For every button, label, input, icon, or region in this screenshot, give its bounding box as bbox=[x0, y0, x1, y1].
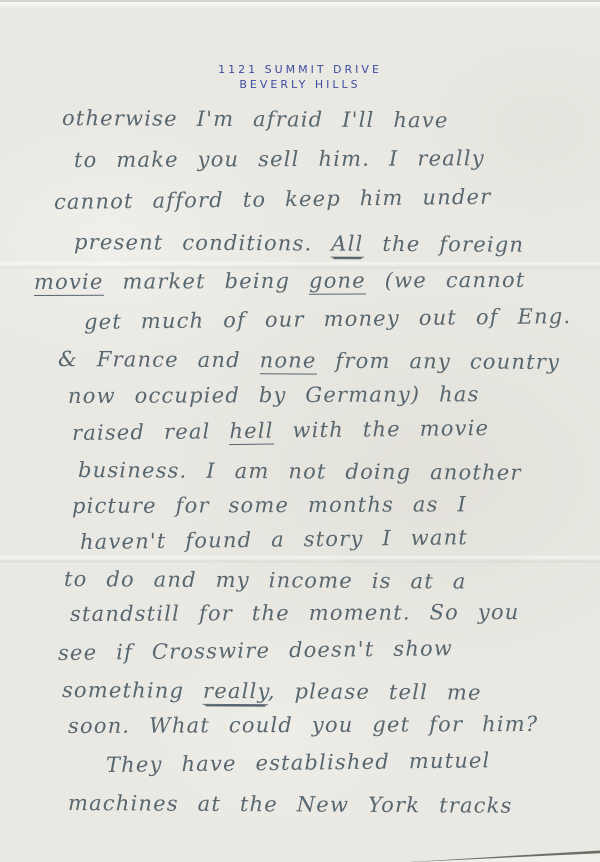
text-segment: raised real bbox=[72, 419, 230, 445]
handwritten-line: cannot afford to keep him under bbox=[54, 185, 492, 214]
text-segment: something bbox=[62, 678, 203, 703]
underlined-word: movie bbox=[34, 270, 104, 296]
text-segment: (we cannot bbox=[366, 268, 526, 293]
handwritten-line: machines at the New York tracks bbox=[68, 791, 513, 818]
text-segment: & France and bbox=[58, 347, 260, 372]
handwritten-line: picture for some months as I bbox=[72, 492, 467, 518]
handwritten-line: otherwise I'm afraid I'll have bbox=[62, 106, 449, 132]
text-segment: to make you sell him. I really bbox=[74, 146, 485, 172]
underlined-word: really bbox=[203, 679, 268, 705]
text-segment: , please tell me bbox=[268, 679, 482, 704]
handwritten-line: haven't found a story I want bbox=[80, 525, 468, 554]
handwritten-line: movie market being gone (we cannot bbox=[34, 268, 526, 294]
text-segment: present conditions. bbox=[74, 230, 331, 256]
handwritten-line: soon. What could you get for him? bbox=[68, 712, 538, 738]
text-segment: standstill for the moment. So you bbox=[70, 600, 520, 626]
handwritten-line: something really, please tell me bbox=[62, 678, 482, 705]
underlined-word: hell bbox=[229, 419, 274, 446]
text-segment: see if Crosswire doesn't show bbox=[58, 636, 453, 665]
text-segment: market being bbox=[104, 269, 310, 294]
text-segment: machines at the New York tracks bbox=[68, 791, 513, 818]
handwritten-line: to do and my income is at a bbox=[64, 567, 467, 593]
text-segment: now occupied by Germany) has bbox=[68, 382, 480, 408]
text-segment: business. I am not doing another bbox=[78, 458, 522, 485]
handwritten-line: get much of our money out of Eng. bbox=[84, 304, 572, 334]
handwritten-line: to make you sell him. I really bbox=[74, 146, 485, 172]
text-segment: with the movie bbox=[273, 416, 489, 443]
handwritten-line: standstill for the moment. So you bbox=[70, 600, 520, 626]
handwritten-line: see if Crosswire doesn't show bbox=[58, 636, 453, 665]
handwritten-line: now occupied by Germany) has bbox=[68, 382, 480, 408]
text-segment: soon. What could you get for him? bbox=[68, 712, 538, 738]
handwritten-line: raised real hell with the movie bbox=[72, 416, 489, 445]
text-segment: picture for some months as I bbox=[72, 492, 467, 518]
underlined-word: All bbox=[331, 232, 363, 258]
text-segment: otherwise I'm afraid I'll have bbox=[62, 106, 449, 132]
text-segment: They have established mutuel bbox=[106, 748, 491, 777]
text-segment: get much of our money out of Eng. bbox=[84, 304, 572, 334]
text-segment: the foreign bbox=[363, 232, 524, 257]
underlined-word: none bbox=[260, 348, 317, 374]
underlined-word: gone bbox=[309, 269, 366, 295]
text-segment: cannot afford to keep him under bbox=[54, 185, 492, 214]
handwritten-line: & France and none from any country bbox=[58, 347, 560, 374]
text-segment: haven't found a story I want bbox=[80, 525, 468, 554]
text-segment: to do and my income is at a bbox=[64, 567, 467, 593]
handwritten-line: business. I am not doing another bbox=[78, 458, 522, 485]
text-segment: from any country bbox=[317, 349, 561, 374]
handwritten-line: present conditions. All the foreign bbox=[74, 230, 524, 257]
handwritten-line: They have established mutuel bbox=[106, 748, 491, 777]
letter-body: otherwise I'm afraid I'll haveto make yo… bbox=[0, 0, 600, 862]
letter-page: 1121 SUMMIT DRIVE BEVERLY HILLS otherwis… bbox=[0, 0, 600, 862]
